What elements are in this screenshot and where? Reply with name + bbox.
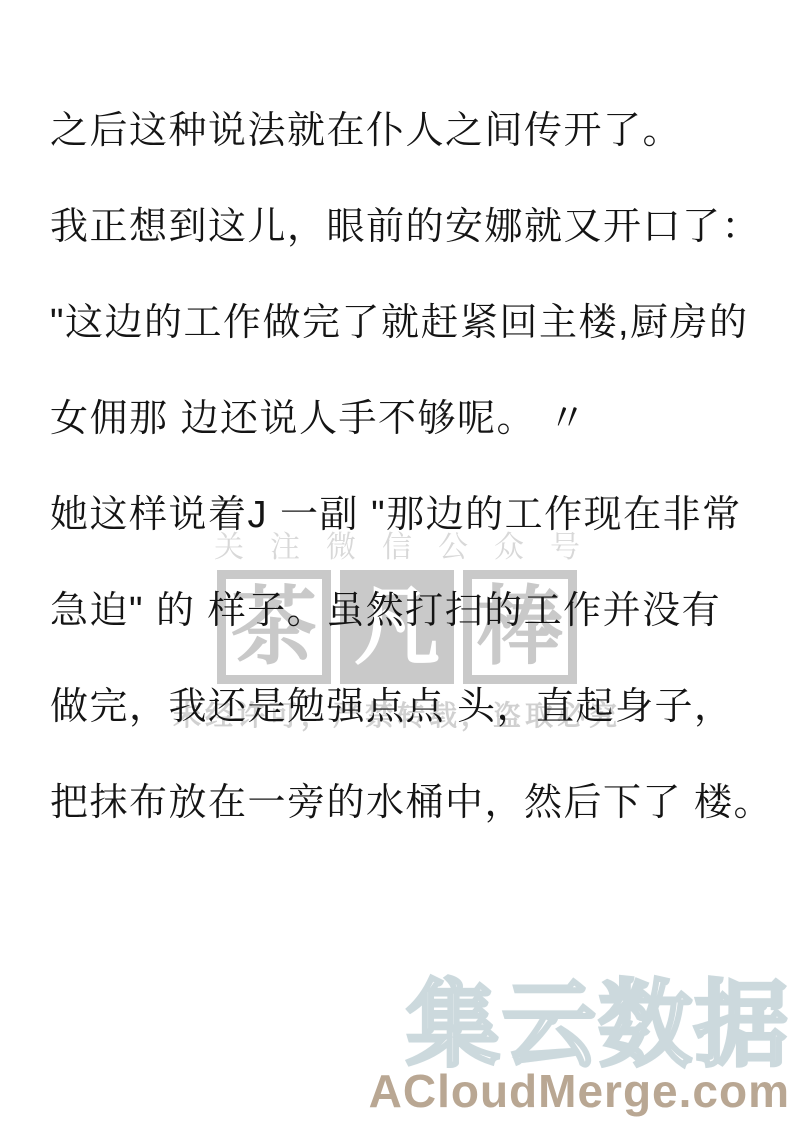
brand-url: ACloudMerge.com — [369, 1068, 790, 1114]
text-line: 她这样说着J 一副 "那边的工作现在非常 — [50, 462, 764, 558]
corner-watermark: 集云数据 ACloudMerge.com — [369, 978, 790, 1114]
text-line: 做完，我还是勉强点点 头，直起身子， — [50, 654, 764, 750]
novel-text-page: 之后这种说法就在仆人之间传开了。 我正想到这儿，眼前的安娜就又开口了： "这边的… — [0, 0, 794, 1122]
brand-name-chinese: 集云数据 — [369, 978, 790, 1072]
text-line: 把抹布放在一旁的水桶中，然后下了 楼。 — [50, 750, 764, 846]
text-line: 我正想到这儿，眼前的安娜就又开口了： — [50, 174, 764, 270]
text-line: 急迫" 的 样子。虽然打扫的工作并没有 — [50, 558, 764, 654]
text-line: 之后这种说法就在仆人之间传开了。 — [50, 78, 764, 174]
paragraph-block: 之后这种说法就在仆人之间传开了。 我正想到这儿，眼前的安娜就又开口了： "这边的… — [50, 78, 764, 846]
text-line: "这边的工作做完了就赶紧回主楼,厨房的 — [50, 270, 764, 366]
text-line: 女佣那 边还说人手不够呢。 〃 — [50, 366, 764, 462]
